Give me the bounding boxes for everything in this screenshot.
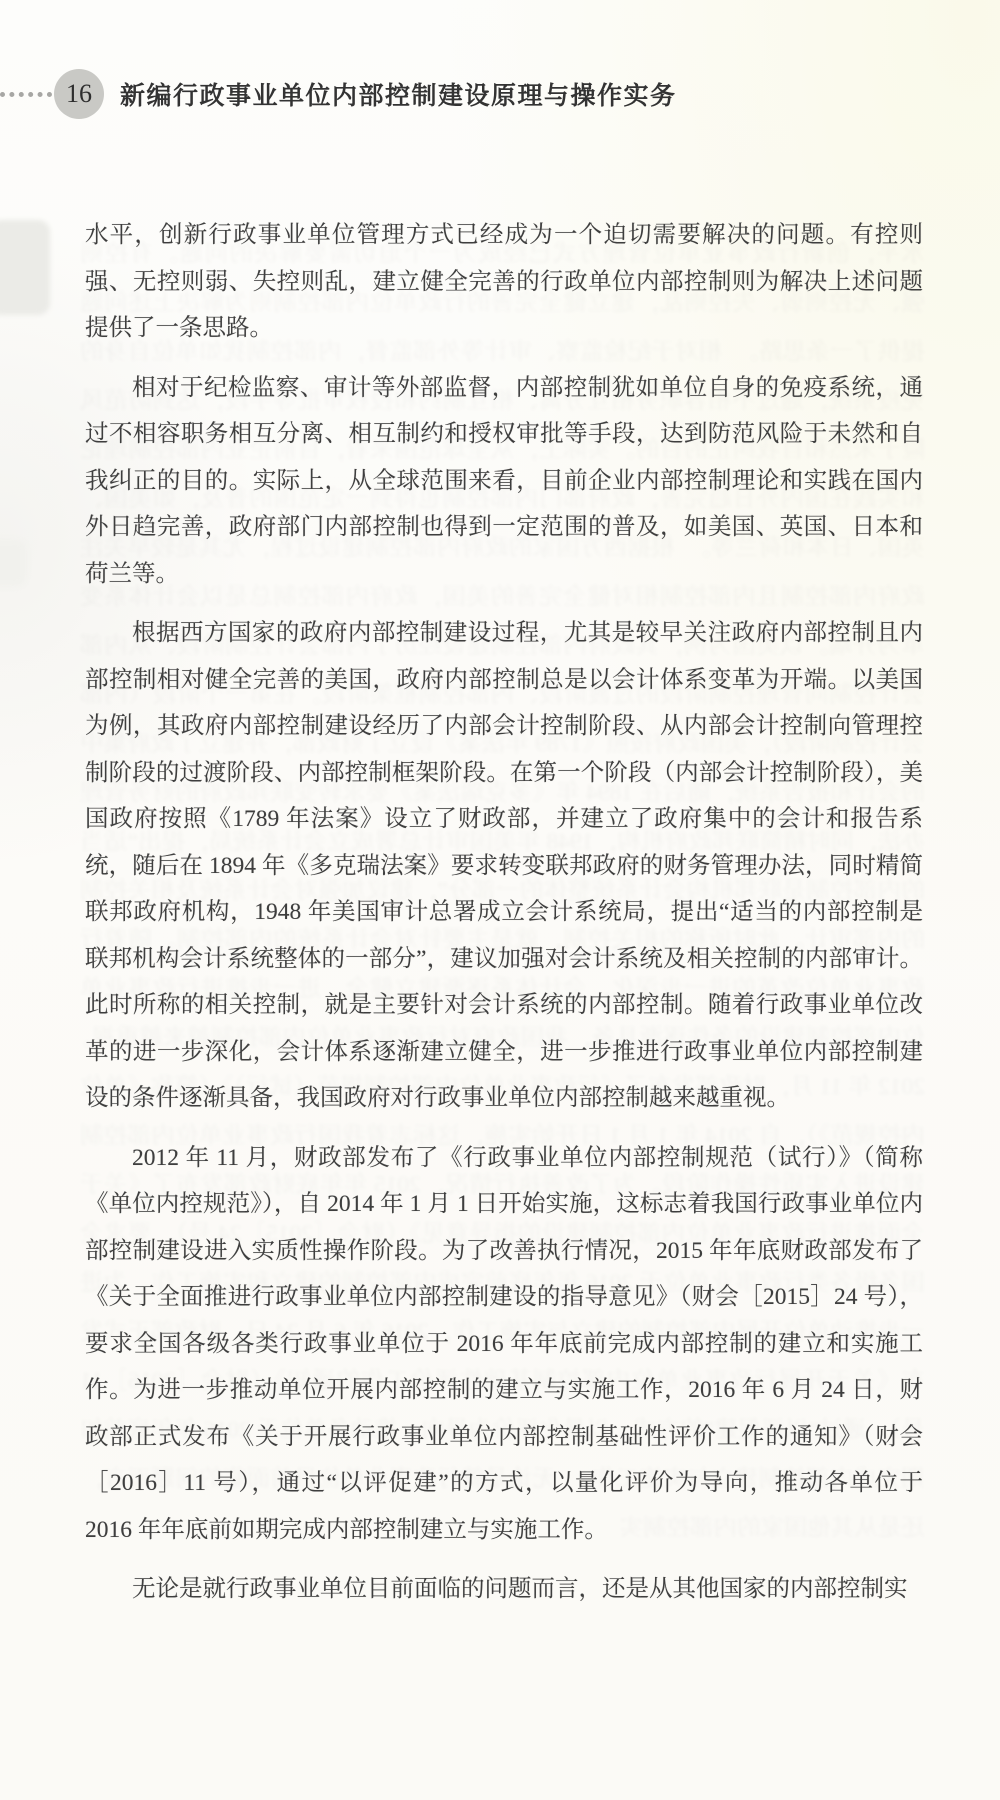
paragraph-2: 相对于纪检监察、审计等外部监督，内部控制犹如单位自身的免疫系统，通过不相容职务相… <box>85 365 923 598</box>
page-number: 16 <box>66 79 92 109</box>
book-title: 新编行政事业单位内部控制建设原理与操作实务 <box>120 76 677 112</box>
page-number-badge: 16 <box>54 69 104 119</box>
paragraph-1: 水平，创新行政事业单位管理方式已经成为一个迫切需要解决的问题。有控则强、无控则弱… <box>85 212 923 352</box>
page-body: 水平，创新行政事业单位管理方式已经成为一个迫切需要解决的问题。有控则强、无控则弱… <box>85 212 923 1626</box>
running-head: 16 新编行政事业单位内部控制建设原理与操作实务 <box>0 66 677 122</box>
dotted-leader <box>0 92 52 97</box>
scan-smudge <box>0 220 50 315</box>
scanned-book-page: 水平，创新行政事业单位管理方式已经成为一个迫切需要解决的问题。有控则强、无控则弱… <box>0 0 1000 1800</box>
paragraph-3: 根据西方国家的政府内部控制建设过程，尤其是较早关注政府内部控制且内部控制相对健全… <box>85 610 923 1122</box>
paragraph-5: 无论是就行政事业单位目前面临的问题而言，还是从其他国家的内部控制实 <box>85 1566 923 1613</box>
scan-smudge <box>0 540 26 586</box>
paragraph-4: 2012 年 11 月，财政部发布了《行政事业单位内部控制规范（试行）》（简称《… <box>85 1135 923 1554</box>
